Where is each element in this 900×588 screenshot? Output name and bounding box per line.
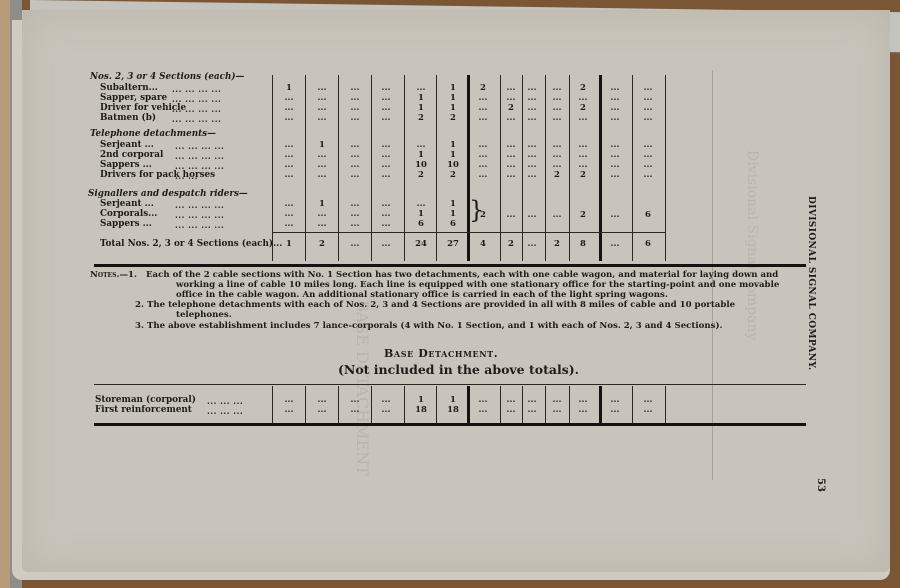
- table-cell: ...: [468, 114, 498, 124]
- column-divider: [305, 75, 306, 261]
- table-cell: ...: [600, 211, 630, 221]
- leader-dots: ... ... ... ...: [172, 84, 221, 94]
- note-line: Each of the 2 cable sections with No. 1 …: [146, 270, 778, 280]
- table-cell: ...: [371, 240, 401, 250]
- table-cell: ...: [340, 171, 370, 181]
- column-divider: [436, 386, 437, 423]
- total-rule: [272, 232, 665, 233]
- table-bottom-rule: [94, 264, 806, 267]
- table-cell: ...: [340, 240, 370, 250]
- leader-dots: ... ... ... ...: [175, 200, 224, 210]
- table-cell: ...: [468, 406, 498, 416]
- table-cell: 6: [406, 220, 436, 230]
- table-cell: 1: [274, 240, 304, 250]
- column-divider: [338, 386, 339, 423]
- note-line: telephones.: [176, 310, 232, 320]
- table-cell: ...: [274, 220, 304, 230]
- table-cell: 27: [438, 240, 468, 250]
- table-cell: 8: [568, 240, 598, 250]
- note-line: 3. The above establishment includes 7 la…: [135, 321, 723, 331]
- leader-dots: ... ... ... ...: [175, 151, 224, 161]
- table-cell: 18: [406, 406, 436, 416]
- row-label: First reinforcement: [95, 406, 192, 416]
- table-cell: ...: [274, 171, 304, 181]
- table-cell: ...: [568, 114, 598, 124]
- total-label: Total Nos. 2, 3 or 4 Sections (each)...: [100, 240, 282, 250]
- column-divider: [436, 75, 437, 261]
- column-divider: [272, 75, 273, 261]
- table-cell: 2: [438, 171, 468, 181]
- column-divider: [404, 75, 405, 261]
- table-cell: ...: [340, 220, 370, 230]
- column-divider: [338, 75, 339, 261]
- table-cell: ...: [600, 114, 630, 124]
- note-line: working a line of cable 10 miles long. E…: [176, 280, 779, 290]
- leader-dots: ... ... ... ...: [175, 141, 224, 151]
- table-cell: ...: [307, 406, 337, 416]
- running-title: DIVISIONAL SIGNAL COMPANY.: [806, 196, 816, 371]
- table-cell: 2: [406, 114, 436, 124]
- table-cell: 6: [633, 240, 663, 250]
- table-cell: ...: [633, 406, 663, 416]
- table-cell: 4: [468, 240, 498, 250]
- table-cell: ...: [307, 220, 337, 230]
- leader-dots: ... ... ...: [207, 396, 243, 406]
- table-cell: ...: [568, 406, 598, 416]
- table-cell: ...: [307, 114, 337, 124]
- table-cell: ...: [600, 240, 630, 250]
- leader-dots: ... ... ... ...: [172, 104, 221, 114]
- table-cell: ...: [633, 114, 663, 124]
- section-heading: Telephone detachments—: [90, 130, 216, 140]
- leader-dots: ... ... ... ...: [172, 114, 221, 124]
- leader-dots: ... ... ...: [207, 406, 243, 416]
- column-divider: [272, 386, 273, 423]
- row-label: Sappers ...: [100, 220, 152, 230]
- table-cell: ...: [371, 171, 401, 181]
- table-cell: 2: [568, 171, 598, 181]
- table-cell: ...: [600, 171, 630, 181]
- base-detachment-subtitle: (Not included in the above totals).: [338, 362, 579, 377]
- table-cell: ...: [340, 114, 370, 124]
- leader-dots: ... ... ... ...: [175, 210, 224, 220]
- section-heading: Nos. 2, 3 or 4 Sections (each)—: [90, 73, 244, 83]
- base-table-top-rule: [94, 384, 806, 385]
- table-cell: ...: [633, 171, 663, 181]
- column-divider: [404, 386, 405, 423]
- bleed-through-text: Divisional Signal Company: [744, 150, 760, 340]
- table-cell: ...: [307, 171, 337, 181]
- table-cell: 2: [438, 114, 468, 124]
- book-edge: [0, 0, 10, 588]
- column-divider: [665, 75, 666, 261]
- note-line: 2. The telephone detachments with each o…: [135, 300, 735, 310]
- row-label: Batmen (b): [100, 114, 156, 124]
- table-cell: ...: [600, 406, 630, 416]
- base-detachment-title: Base Detachment.: [384, 347, 498, 360]
- leader-dots: ... ...: [175, 171, 198, 181]
- table-cell: 2: [468, 211, 498, 221]
- page-number: 53: [815, 478, 826, 492]
- table-cell: ...: [371, 220, 401, 230]
- table-cell: 2: [406, 171, 436, 181]
- column-divider: [305, 386, 306, 423]
- table-cell: ...: [468, 171, 498, 181]
- table-cell: 6: [438, 220, 468, 230]
- leader-dots: ... ... ... ...: [175, 220, 224, 230]
- table-cell: ...: [274, 406, 304, 416]
- base-table-bottom-rule: [94, 423, 806, 426]
- table-cell: 6: [633, 211, 663, 221]
- table-cell: 2: [307, 240, 337, 250]
- table-cell: ...: [340, 406, 370, 416]
- table-cell: ...: [371, 406, 401, 416]
- table-cell: 24: [406, 240, 436, 250]
- table-cell: ...: [371, 114, 401, 124]
- table-cell: 18: [438, 406, 468, 416]
- column-divider: [665, 386, 666, 423]
- table-cell: 2: [568, 211, 598, 221]
- note-line: office in the cable wagon. An additional…: [176, 290, 668, 300]
- note-line: Notes.—1.: [90, 270, 137, 280]
- table-cell: ...: [274, 114, 304, 124]
